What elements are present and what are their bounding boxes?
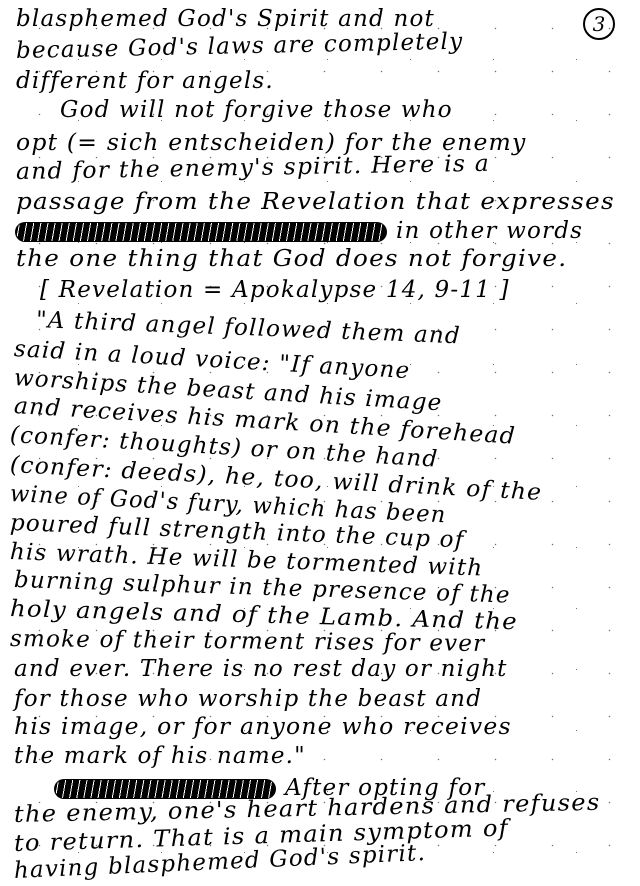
- handwritten-line: God will not forgive those who: [60, 95, 453, 125]
- line-text: the one thing that God does not forgive.: [16, 246, 567, 272]
- scribbled-out-text: [16, 223, 386, 241]
- line-text: different for angels.: [16, 68, 274, 94]
- line-text: his image, or for anyone who receives: [14, 714, 512, 740]
- line-text: for those who worship the beast and: [14, 686, 482, 712]
- handwritten-line: his image, or for anyone who receives: [14, 712, 512, 742]
- handwritten-line: passage from the Revelation that express…: [16, 187, 615, 217]
- line-text: [ Revelation = Apokalypse 14, 9-11 ]: [40, 277, 510, 303]
- page-number-circle: 3: [583, 8, 615, 40]
- line-text: smoke of their torment rises for ever: [10, 626, 486, 657]
- line-text: in other words: [396, 218, 583, 244]
- line-text: God will not forgive those who: [60, 97, 453, 123]
- line-text: and for the enemy's spirit. Here is a: [16, 151, 490, 185]
- line-text: passage from the Revelation that express…: [16, 189, 615, 215]
- line-text: the mark of his name.": [14, 743, 306, 769]
- line-text: because God's laws are completely: [16, 29, 464, 64]
- handwritten-line: for those who worship the beast and: [14, 684, 482, 714]
- handwritten-line: the one thing that God does not forgive.: [16, 244, 567, 274]
- handwritten-line: in other words: [16, 216, 583, 246]
- handwritten-line: the mark of his name.": [14, 741, 306, 771]
- handwritten-line: [ Revelation = Apokalypse 14, 9-11 ]: [40, 275, 510, 305]
- handwritten-line: and ever. There is no rest day or night: [14, 654, 508, 684]
- line-text: and ever. There is no rest day or night: [14, 656, 508, 682]
- handwritten-line: different for angels.: [16, 66, 274, 96]
- handwritten-page: 3 blasphemed God's Spirit and notbecause…: [0, 0, 640, 886]
